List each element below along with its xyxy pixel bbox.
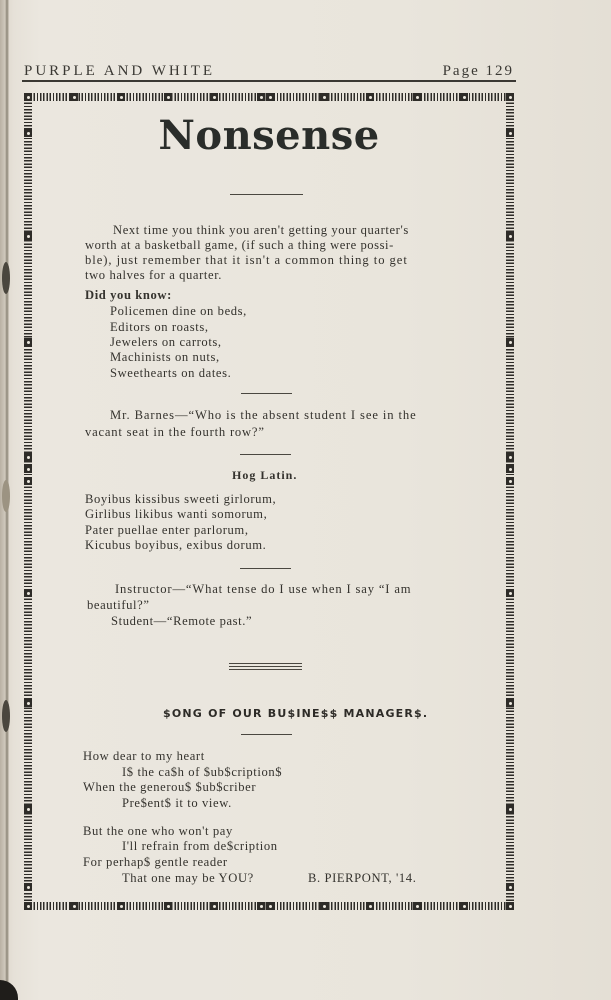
triple-rule-divider [229, 663, 302, 664]
did-you-know-heading: Did you know: [85, 288, 172, 304]
list-item: Policemen dine on beds, [110, 304, 247, 320]
paragraph-line: Next time you think you aren't getting y… [113, 223, 409, 239]
section-divider [241, 734, 292, 735]
list-item: Sweethearts on dates. [110, 366, 231, 382]
list-item: Machinists on nuts, [110, 350, 220, 366]
triple-rule-divider [229, 669, 302, 670]
paragraph-line: Mr. Barnes—“Who is the absent student I … [110, 408, 417, 424]
verse-line: Girlibus likibus wanti somorum, [85, 507, 267, 523]
verse-line: Kicubus boyibus, exibus dorum. [85, 538, 266, 554]
verse-line: I'll refrain from de$cription [122, 839, 278, 855]
verse-line: How dear to my heart [83, 749, 205, 765]
page-content: Nonsense Next time you think you aren't … [0, 0, 611, 1000]
verse-line: For perhap$ gentle reader [83, 855, 228, 871]
section-divider [230, 194, 303, 195]
paragraph-line: Instructor—“What tense do I use when I s… [115, 582, 411, 598]
section-divider [241, 393, 292, 394]
list-item: Jewelers on carrots, [110, 335, 222, 351]
hog-latin-heading: Hog Latin. [232, 468, 297, 484]
verse-line: Pater puellae enter parlorum, [85, 523, 249, 539]
author-attribution: B. PIERPONT, '14. [308, 871, 416, 887]
verse-line: Pre$ent$ it to view. [122, 796, 232, 812]
paragraph-line: Student—“Remote past.” [111, 614, 252, 630]
song-heading: $ONG OF OUR BU$INE$$ MANAGER$. [163, 706, 428, 722]
section-divider [240, 454, 291, 455]
page-title: Nonsense [0, 112, 538, 159]
verse-line: That one may be YOU? [122, 871, 254, 887]
paragraph-line: worth at a basketball game, (if such a t… [85, 238, 394, 254]
verse-line: But the one who won't pay [83, 824, 233, 840]
verse-line: When the generou$ $ub$criber [83, 780, 256, 796]
paragraph-line: beautiful?” [87, 598, 150, 614]
paragraph-line: ble), just remember that it isn't a comm… [85, 253, 408, 269]
paragraph-line: vacant seat in the fourth row?” [85, 425, 265, 441]
verse-line: Boyibus kissibus sweeti girlorum, [85, 492, 276, 508]
paragraph-line: two halves for a quarter. [85, 268, 222, 284]
verse-line: I$ the ca$h of $ub$cription$ [122, 765, 282, 781]
list-item: Editors on roasts, [110, 320, 209, 336]
triple-rule-divider [229, 666, 302, 667]
section-divider [240, 568, 291, 569]
